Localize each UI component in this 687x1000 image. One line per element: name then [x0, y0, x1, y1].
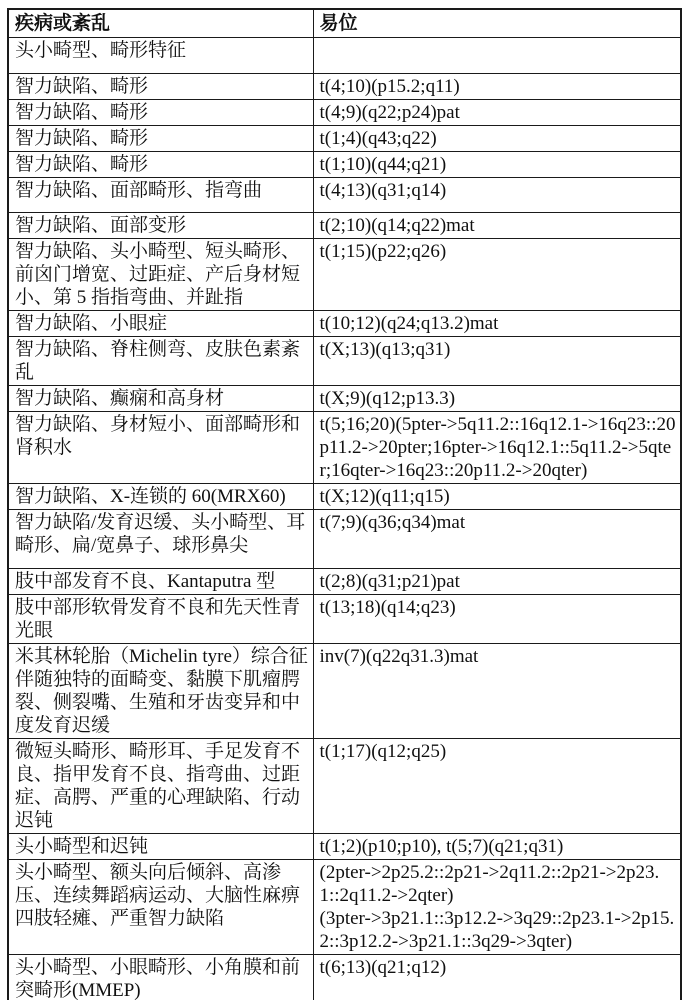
table-row: 智力缺陷、头小畸型、短头畸形、前囟门增宽、过距症、产后身材短小、第 5 指指弯曲…	[8, 239, 681, 311]
translocation-cell: t(7;9)(q36;q34)mat	[313, 510, 681, 569]
table-row: 微短头畸形、畸形耳、手足发育不良、指甲发育不良、指弯曲、过距症、高腭、严重的心理…	[8, 739, 681, 834]
disease-cell: 肢中部发育不良、Kantaputra 型	[8, 569, 313, 595]
disease-cell: 头小畸型、额头向后倾斜、高渗压、连续舞蹈病运动、大脑性麻痹四肢轻瘫、严重智力缺陷	[8, 860, 313, 955]
translocation-cell: t(1;10)(q44;q21)	[313, 152, 681, 178]
table-row: 智力缺陷、癫痫和高身材 t(X;9)(q12;p13.3)	[8, 386, 681, 412]
disease-cell: 智力缺陷、脊柱侧弯、皮肤色素紊乱	[8, 337, 313, 386]
table-row: 头小畸型、额头向后倾斜、高渗压、连续舞蹈病运动、大脑性麻痹四肢轻瘫、严重智力缺陷…	[8, 860, 681, 955]
table-row: 米其林轮胎（Michelin tyre）综合征伴随独特的面畸变、黏膜下肌瘤腭裂、…	[8, 644, 681, 739]
table-header: 疾病或紊乱 易位	[8, 9, 681, 38]
translocation-cell: t(X;12)(q11;q15)	[313, 484, 681, 510]
translocation-cell: t(10;12)(q24;q13.2)mat	[313, 311, 681, 337]
table-row: 智力缺陷、面部畸形、指弯曲 t(4;13)(q31;q14)	[8, 178, 681, 213]
header-row: 疾病或紊乱 易位	[8, 9, 681, 38]
disease-cell: 微短头畸形、畸形耳、手足发育不良、指甲发育不良、指弯曲、过距症、高腭、严重的心理…	[8, 739, 313, 834]
disease-cell: 智力缺陷、身材短小、面部畸形和肾积水	[8, 412, 313, 484]
translocation-cell: t(2;8)(q31;p21)pat	[313, 569, 681, 595]
disease-cell: 智力缺陷、畸形	[8, 152, 313, 178]
translocation-cell: t(1;15)(p22;q26)	[313, 239, 681, 311]
disease-cell: 头小畸型和迟钝	[8, 834, 313, 860]
table-row: 智力缺陷、畸形 t(1;10)(q44;q21)	[8, 152, 681, 178]
table-body: 头小畸型、畸形特征 智力缺陷、畸形 t(4;10)(p15.2;q11) 智力缺…	[8, 38, 681, 1000]
table-row: 智力缺陷、身材短小、面部畸形和肾积水 t(5;16;20)(5pter->5q1…	[8, 412, 681, 484]
table-row: 肢中部发育不良、Kantaputra 型 t(2;8)(q31;p21)pat	[8, 569, 681, 595]
translocation-cell: t(6;13)(q21;q12)	[313, 955, 681, 1000]
disease-cell: 智力缺陷、癫痫和高身材	[8, 386, 313, 412]
translocation-cell: t(4;13)(q31;q14)	[313, 178, 681, 213]
translocation-cell: t(5;16;20)(5pter->5q11.2::16q12.1->16q23…	[313, 412, 681, 484]
disease-cell: 米其林轮胎（Michelin tyre）综合征伴随独特的面畸变、黏膜下肌瘤腭裂、…	[8, 644, 313, 739]
translocation-cell: inv(7)(q22q31.3)mat	[313, 644, 681, 739]
column-header-translocation: 易位	[313, 9, 681, 38]
column-header-disease: 疾病或紊乱	[8, 9, 313, 38]
translocation-cell: t(2;10)(q14;q22)mat	[313, 213, 681, 239]
translocation-cell: t(X;13)(q13;q31)	[313, 337, 681, 386]
disease-cell: 头小畸型、小眼畸形、小角膜和前突畸形(MMEP)	[8, 955, 313, 1000]
translocation-cell: t(X;9)(q12;p13.3)	[313, 386, 681, 412]
translocation-cell: t(1;17)(q12;q25)	[313, 739, 681, 834]
disease-translocation-table: 疾病或紊乱 易位 头小畸型、畸形特征 智力缺陷、畸形 t(4;10)(p15.2…	[7, 8, 682, 1000]
document-page: 疾病或紊乱 易位 头小畸型、畸形特征 智力缺陷、畸形 t(4;10)(p15.2…	[0, 0, 687, 1000]
table-row: 头小畸型、小眼畸形、小角膜和前突畸形(MMEP) t(6;13)(q21;q12…	[8, 955, 681, 1000]
disease-cell: 头小畸型、畸形特征	[8, 38, 313, 74]
disease-cell: 智力缺陷、头小畸型、短头畸形、前囟门增宽、过距症、产后身材短小、第 5 指指弯曲…	[8, 239, 313, 311]
disease-cell: 智力缺陷、小眼症	[8, 311, 313, 337]
disease-cell: 智力缺陷/发育迟缓、头小畸型、耳畸形、扁/宽鼻子、球形鼻尖	[8, 510, 313, 569]
table-row: 头小畸型和迟钝 t(1;2)(p10;p10), t(5;7)(q21;q31)	[8, 834, 681, 860]
translocation-cell: (2pter->2p25.2::2p21->2q11.2::2p21->2p23…	[313, 860, 681, 955]
table-row: 智力缺陷、X-连锁的 60(MRX60) t(X;12)(q11;q15)	[8, 484, 681, 510]
translocation-cell	[313, 38, 681, 74]
table-row: 智力缺陷、畸形 t(1;4)(q43;q22)	[8, 126, 681, 152]
table-row: 智力缺陷、畸形 t(4;10)(p15.2;q11)	[8, 74, 681, 100]
disease-cell: 智力缺陷、畸形	[8, 74, 313, 100]
disease-cell: 智力缺陷、畸形	[8, 100, 313, 126]
disease-cell: 智力缺陷、畸形	[8, 126, 313, 152]
translocation-cell: t(1;4)(q43;q22)	[313, 126, 681, 152]
table-row: 智力缺陷、畸形 t(4;9)(q22;p24)pat	[8, 100, 681, 126]
disease-cell: 智力缺陷、面部变形	[8, 213, 313, 239]
translocation-cell: t(13;18)(q14;q23)	[313, 595, 681, 644]
table-row: 智力缺陷/发育迟缓、头小畸型、耳畸形、扁/宽鼻子、球形鼻尖 t(7;9)(q36…	[8, 510, 681, 569]
table-row: 头小畸型、畸形特征	[8, 38, 681, 74]
table-row: 肢中部形软骨发育不良和先天性青光眼 t(13;18)(q14;q23)	[8, 595, 681, 644]
table-row: 智力缺陷、面部变形 t(2;10)(q14;q22)mat	[8, 213, 681, 239]
table-row: 智力缺陷、小眼症 t(10;12)(q24;q13.2)mat	[8, 311, 681, 337]
translocation-cell: t(4;9)(q22;p24)pat	[313, 100, 681, 126]
disease-cell: 智力缺陷、面部畸形、指弯曲	[8, 178, 313, 213]
translocation-cell: t(4;10)(p15.2;q11)	[313, 74, 681, 100]
translocation-cell: t(1;2)(p10;p10), t(5;7)(q21;q31)	[313, 834, 681, 860]
disease-cell: 智力缺陷、X-连锁的 60(MRX60)	[8, 484, 313, 510]
table-row: 智力缺陷、脊柱侧弯、皮肤色素紊乱 t(X;13)(q13;q31)	[8, 337, 681, 386]
disease-cell: 肢中部形软骨发育不良和先天性青光眼	[8, 595, 313, 644]
